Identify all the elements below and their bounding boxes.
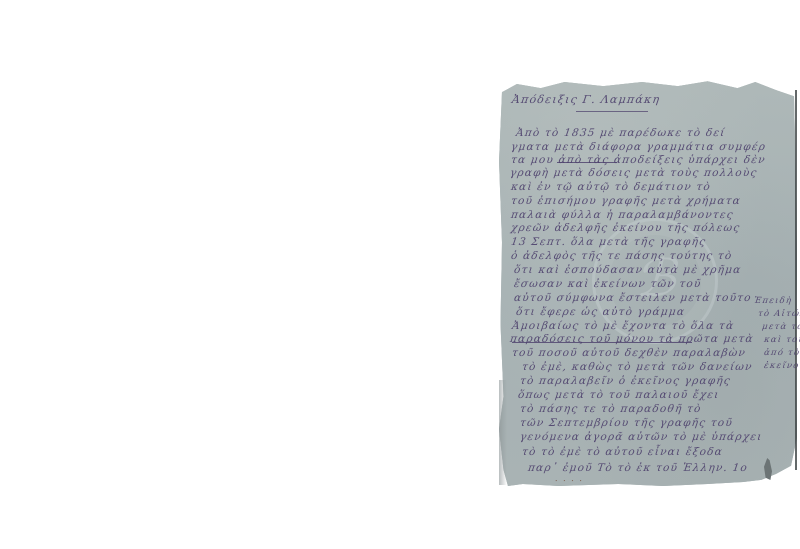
- page-edge-shadow: [795, 90, 797, 470]
- margin-note: καὶ τοῦ: [763, 335, 800, 345]
- page-torn-edge-shadow: [499, 380, 507, 485]
- text-line: ὁ ἀδελφὸς τῆς τε πάσης τούτης τὸ: [510, 250, 733, 262]
- text-line: ὅτι ἔφερε ὡς αὐτὸ γράμμα: [515, 306, 686, 318]
- text-line: παραδόσεις τοῦ μόνου τὰ πρῶτα μετὰ: [509, 333, 754, 345]
- text-line: γματα μετὰ διάφορα γραμμάτια συμφέρ: [510, 141, 767, 153]
- text-line: ἔσωσαν καὶ ἐκείνων τῶν τοῦ: [513, 278, 702, 290]
- strikethrough: [557, 162, 617, 163]
- text-line: 13 Σεπτ. ὅλα μετὰ τῆς γραφῆς: [510, 236, 707, 248]
- document-title: Ἀπόδειξις Γ. Λαμπάκη: [511, 93, 661, 106]
- text-line: παλαιὰ φύλλα ἡ παραλαμβάνοντες: [510, 209, 734, 221]
- strikethrough: [512, 342, 692, 343]
- text-line: γραφὴ μετὰ δόσεις μετὰ τοὺς πολλοὺς: [509, 167, 758, 179]
- margin-note: Ἐπειδὴ: [753, 296, 793, 306]
- title-underline: [576, 111, 648, 112]
- text-line: αὐτοῦ σύμφωνα ἔστειλεν μετὰ τοῦτο: [513, 292, 752, 304]
- text-line: τὸ παραλαβεῖν ὁ ἐκεῖνος γραφῆς: [519, 375, 732, 387]
- text-line: τοῦ ποσοῦ αὐτοῦ δεχθὲν παραλαβὼν: [511, 347, 747, 359]
- text-line: τῶν Σεπτεμβρίου τῆς γραφῆς τοῦ: [519, 417, 734, 429]
- margin-note: μετὰ τὸ: [761, 322, 800, 332]
- text-line: τα μου ἀπὸ τὰς ἀποδείξεις ὑπάρχει δὲν: [510, 154, 766, 166]
- text-line: τὸ ἐμὲ, καθὼς τὸ μετὰ τῶν δανείων: [521, 361, 753, 373]
- text-line: τὸ τὸ ἐμὲ τὸ αὐτοῦ εἶναι ἔξοδα: [521, 446, 724, 458]
- text-line: καὶ ἐν τῷ αὐτῷ τὸ δεμάτιον τὸ: [510, 181, 712, 193]
- text-line: παρ᾿ ἐμοῦ Τὸ τὸ ἐκ τοῦ Ἑλλην. 1o: [527, 462, 749, 474]
- text-line: ὅτι καὶ ἐσπούδασαν αὐτὰ μὲ χρῆμα: [513, 264, 742, 276]
- text-line: τὸ πάσης τε τὸ παραδοθῆ τὸ: [519, 403, 702, 415]
- margin-note: ἐκεῖνο: [763, 361, 800, 371]
- text-line: χρεῶν ἀδελφῆς ἐκείνου τῆς πόλεως: [510, 222, 741, 234]
- text-line: Ἀμοιβαίως τὸ μὲ ἔχοντα τὸ ὅλα τὰ: [511, 320, 735, 332]
- signature-dots: . . . .: [554, 474, 584, 484]
- text-line: τοῦ ἐπισήμου γραφῆς μετὰ χρήματα: [510, 195, 742, 207]
- text-line: Ἀπὸ τὸ 1835 μὲ παρέδωκε τὸ δεί: [515, 127, 726, 139]
- text-line: ὅπως μετὰ τὸ τοῦ παλαιοῦ ἔχει: [517, 389, 720, 401]
- margin-note: τὸ Αἰτώλ.: [757, 309, 800, 319]
- margin-note: ἀπό τὸ: [763, 348, 800, 358]
- text-line: γενόμενα ἀγορᾶ αὐτῶν τὸ μὲ ὑπάρχει: [519, 431, 763, 443]
